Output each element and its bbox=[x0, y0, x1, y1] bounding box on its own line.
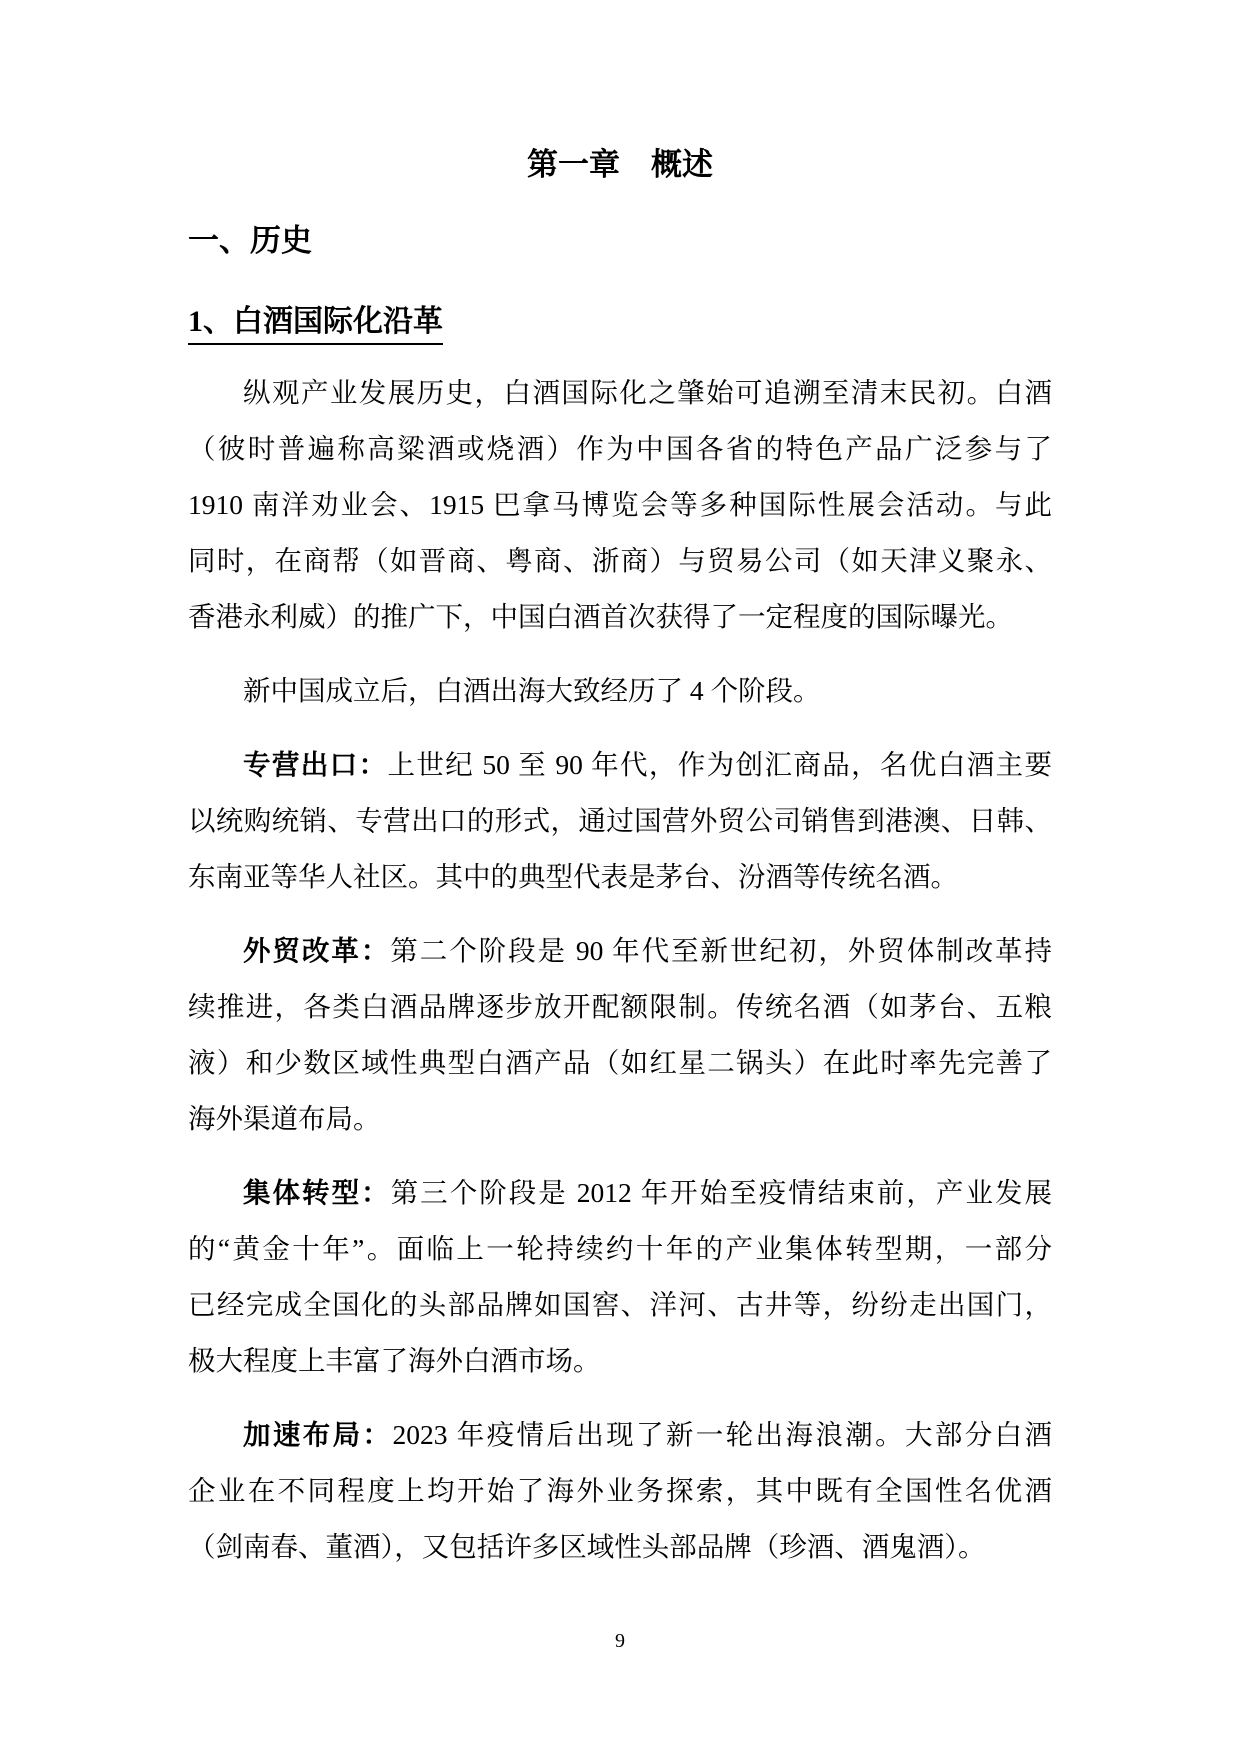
body-line: 外贸改革：第二个阶段是 90 年代至新世纪初，外贸体制改革持 bbox=[188, 923, 1052, 979]
subsection-heading: 1、白酒国际化沿革 bbox=[188, 300, 1052, 345]
body-line: 集体转型：第三个阶段是 2012 年开始至疫情结束前，产业发展 bbox=[188, 1165, 1052, 1221]
lead-text: 加速布局： bbox=[243, 1419, 392, 1450]
body-line: 以统购统销、专营出口的形式，通过国营外贸公司销售到港澳、日韩、 bbox=[188, 793, 1052, 849]
body-line: 的“黄金十年”。面临上一轮持续约十年的产业集体转型期，一部分 bbox=[188, 1221, 1052, 1277]
body-line: 纵观产业发展历史，白酒国际化之肇始可追溯至清末民初。白酒 bbox=[188, 365, 1052, 421]
paragraphs: 纵观产业发展历史，白酒国际化之肇始可追溯至清末民初。白酒（彼时普遍称高粱酒或烧酒… bbox=[188, 365, 1052, 1575]
body-line: 专营出口：上世纪 50 至 90 年代，作为创汇商品，名优白酒主要 bbox=[188, 737, 1052, 793]
lead-text: 专营出口： bbox=[243, 749, 387, 780]
body-line: （彼时普遍称高粱酒或烧酒）作为中国各省的特色产品广泛参与了 bbox=[188, 421, 1052, 477]
body-line: 香港永利威）的推广下，中国白酒首次获得了一定程度的国际曝光。 bbox=[188, 589, 1052, 645]
body-line: 液）和少数区域性典型白酒产品（如红星二锅头）在此时率先完善了 bbox=[188, 1035, 1052, 1091]
body-line: 东南亚等华人社区。其中的典型代表是茅台、汾酒等传统名酒。 bbox=[188, 849, 1052, 905]
lead-text: 集体转型： bbox=[243, 1177, 391, 1208]
paragraph: 外贸改革：第二个阶段是 90 年代至新世纪初，外贸体制改革持续推进，各类白酒品牌… bbox=[188, 923, 1052, 1147]
lead-text: 外贸改革： bbox=[243, 935, 390, 966]
body-line: 海外渠道布局。 bbox=[188, 1091, 1052, 1147]
body-line: 续推进，各类白酒品牌逐步放开配额限制。传统名酒（如茅台、五粮 bbox=[188, 979, 1052, 1035]
body-line: 加速布局：2023 年疫情后出现了新一轮出海浪潮。大部分白酒 bbox=[188, 1407, 1052, 1463]
paragraph: 集体转型：第三个阶段是 2012 年开始至疫情结束前，产业发展的“黄金十年”。面… bbox=[188, 1165, 1052, 1389]
subsection-heading-text: 1、白酒国际化沿革 bbox=[188, 304, 443, 345]
section-heading: 一、历史 bbox=[188, 220, 1052, 262]
page-number: 9 bbox=[188, 1627, 1052, 1655]
body-line: 1910 南洋劝业会、1915 巴拿马博览会等多种国际性展会活动。与此 bbox=[188, 477, 1052, 533]
paragraph: 专营出口：上世纪 50 至 90 年代，作为创汇商品，名优白酒主要以统购统销、专… bbox=[188, 737, 1052, 905]
paragraph: 加速布局：2023 年疫情后出现了新一轮出海浪潮。大部分白酒企业在不同程度上均开… bbox=[188, 1407, 1052, 1575]
paragraph: 纵观产业发展历史，白酒国际化之肇始可追溯至清末民初。白酒（彼时普遍称高粱酒或烧酒… bbox=[188, 365, 1052, 645]
body-line: 极大程度上丰富了海外白酒市场。 bbox=[188, 1333, 1052, 1389]
body-line: 新中国成立后，白酒出海大致经历了 4 个阶段。 bbox=[188, 663, 1052, 719]
body-line: （剑南春、董酒），又包括许多区域性头部品牌（珍酒、酒鬼酒）。 bbox=[188, 1519, 1052, 1575]
body-line: 同时，在商帮（如晋商、粤商、浙商）与贸易公司（如天津义聚永、 bbox=[188, 533, 1052, 589]
page-title: 第一章 概述 bbox=[188, 0, 1052, 186]
body-line: 已经完成全国化的头部品牌如国窖、洋河、古井等，纷纷走出国门， bbox=[188, 1277, 1052, 1333]
body-line: 企业在不同程度上均开始了海外业务探索，其中既有全国性名优酒 bbox=[188, 1463, 1052, 1519]
document-page: 第一章 概述 一、历史 1、白酒国际化沿革 纵观产业发展历史，白酒国际化之肇始可… bbox=[0, 0, 1240, 1754]
paragraph: 新中国成立后，白酒出海大致经历了 4 个阶段。 bbox=[188, 663, 1052, 719]
